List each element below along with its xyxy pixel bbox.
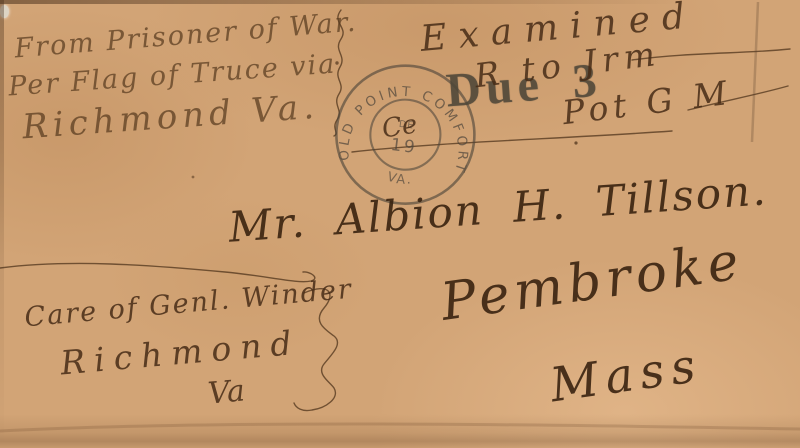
address-line1: Mr. Albion H. Tillson. bbox=[227, 169, 768, 249]
wavy-line-above-care-note bbox=[0, 263, 315, 281]
ink-dot-3 bbox=[192, 176, 195, 179]
care-note-line3: Va bbox=[207, 376, 246, 409]
svg-text:VA.: VA. bbox=[385, 169, 415, 189]
envelope-bottom-fold-shadow bbox=[0, 414, 800, 448]
envelope-top-edge-shadow bbox=[0, 0, 800, 4]
postmark-state-text: VA. bbox=[385, 169, 415, 189]
address-line2: Pembroke bbox=[438, 235, 747, 329]
envelope-scan: From Prisoner of War. Per Flag of Truce … bbox=[0, 0, 800, 448]
examined-note-overlay: Ce bbox=[380, 111, 419, 142]
envelope-left-edge-shadow bbox=[0, 0, 4, 448]
crease-right bbox=[752, 2, 758, 142]
care-note-line2: Richmond bbox=[59, 326, 302, 380]
address-line3: Mass bbox=[547, 342, 704, 410]
ink-dot-1 bbox=[574, 141, 577, 144]
care-note-line1: Care of Genl. Winder bbox=[23, 276, 353, 332]
